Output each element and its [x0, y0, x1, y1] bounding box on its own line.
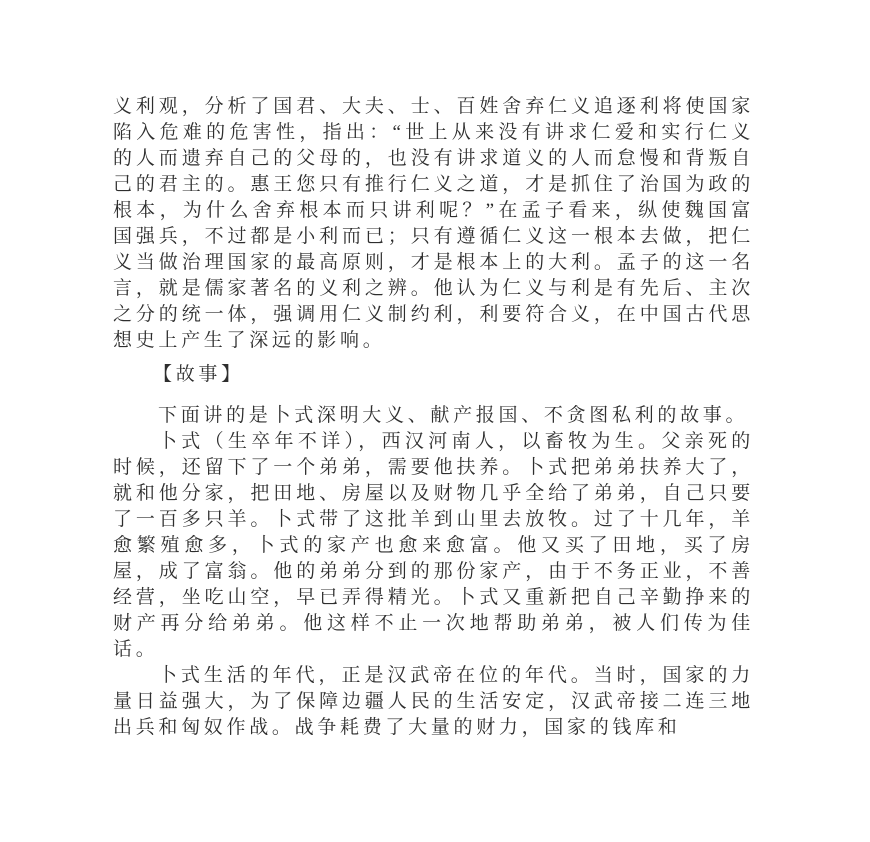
story-paragraph-2: 卜式（生卒年不详），西汉河南人，以畜牧为生。父亲死的时候，还留下了一个弟弟，需要… — [113, 429, 754, 663]
section-heading: 【故事】 — [113, 362, 754, 388]
text-block: 义利观，分析了国君、大夫、士、百姓舍弃仁义追逐利将使国家陷入危难的危害性，指出：… — [113, 94, 754, 741]
story-paragraph-1: 下面讲的是卜式深明大义、献产报国、不贪图私利的故事。 — [113, 403, 754, 429]
intro-continuation-paragraph: 义利观，分析了国君、大夫、士、百姓舍弃仁义追逐利将使国家陷入危难的危害性，指出：… — [113, 94, 754, 354]
book-page: 义利观，分析了国君、大夫、士、百姓舍弃仁义追逐利将使国家陷入危难的危害性，指出：… — [0, 0, 870, 842]
story-paragraph-3: 卜式生活的年代，正是汉武帝在位的年代。当时，国家的力量日益强大，为了保障边疆人民… — [113, 663, 754, 741]
